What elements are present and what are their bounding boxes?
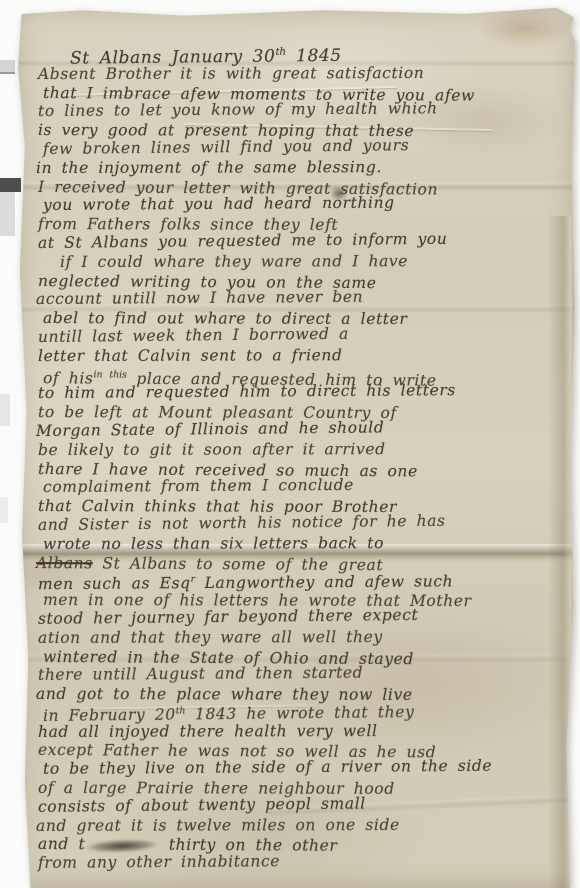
letter-line: at St Albans you requested me to inform …: [38, 229, 554, 253]
letter-line: St Albans January 30th 1845: [70, 41, 554, 65]
letter-line-segment: in this: [93, 369, 126, 380]
letter-line-segment: Langworthey and afew such: [195, 573, 453, 593]
letter-line-segment: account untill now I have never ben: [36, 288, 363, 308]
letter-line-segment: ation and that they ware all well they: [38, 628, 383, 647]
letter-line: there untill August and then started: [38, 663, 554, 685]
letter-line: letter that Calvin sent to a friend: [38, 345, 554, 365]
letter-paper: St Albans January 30th 1845Absent Brothe…: [16, 6, 576, 888]
letter-line: be likely to git it soon after it arrive…: [38, 439, 554, 459]
letter-line: complaiment from them I conclude: [43, 475, 554, 497]
letter-text-block: St Albans January 30th 1845Absent Brothe…: [38, 46, 554, 873]
letter-line: account untill now I have never ben: [36, 287, 554, 309]
letter-line-segment: consists of about twenty peopl small: [38, 794, 366, 815]
letter-line: wrote no less than six letters back to: [43, 533, 554, 553]
letter-line-segment: be likely to git it soon after it arrive…: [38, 440, 386, 459]
letter-paper-wrap: St Albans January 30th 1845Absent Brothe…: [0, 0, 580, 888]
letter-line: if I could whare they ware and I have: [60, 251, 554, 271]
letter-line-segment: letter that Calvin sent to a friend: [38, 346, 343, 365]
letter-line-segment: 1843 he wrote that they: [185, 703, 414, 723]
letter-line: to him and requested him to direct his l…: [38, 381, 554, 403]
letter-line-segment: Absent Brother it is with great satisfac…: [38, 64, 424, 83]
letter-line-segment: and Sister is not worth his notice for h…: [38, 512, 446, 534]
letter-line: ation and that they ware all well they: [38, 627, 554, 647]
letter-line-segment: wrote no less than six letters back to: [43, 534, 384, 553]
letter-line-segment: from any other inhabitance: [38, 853, 280, 873]
letter-line-segment: Morgan State of Illinois and he should: [36, 418, 385, 440]
letter-line: men such as Esqr Langworthey and afew su…: [38, 569, 554, 591]
letter-line-segment: th: [275, 47, 286, 58]
letter-line-segment: to lines to let you know of my health wh…: [38, 100, 438, 121]
scan-background: St Albans January 30th 1845Absent Brothe…: [0, 0, 580, 888]
letter-line: you wrote that you had heard northing: [43, 193, 554, 215]
letter-line-segment: in the injoyment of the same blessing.: [36, 158, 382, 177]
letter-line-segment: few broken lines will find you and yours: [43, 136, 409, 158]
letter-line-segment: and t: [38, 835, 85, 853]
letter-line-segment: complaiment from them I conclude: [43, 476, 354, 496]
letter-line-segment: there untill August and then started: [38, 664, 363, 684]
letter-line-segment: stood her journey far beyond there expec…: [38, 606, 418, 628]
letter-line-segment: and great it is twelve miles on one side: [36, 816, 400, 835]
letter-line-segment: you wrote that you had heard northing: [43, 194, 395, 214]
ink-blot: [85, 838, 160, 854]
letter-line: from any other inhabitance: [38, 851, 554, 873]
letter-line-segment: untill last week then I borrowed a: [38, 325, 349, 346]
letter-line: few broken lines will find you and yours: [43, 135, 554, 159]
letter-line-segment: had all injoyed there health very well: [38, 722, 378, 741]
letter-line: Absent Brother it is with great satisfac…: [38, 63, 554, 83]
letter-line: to be they live on the side of a river o…: [43, 757, 554, 779]
letter-line-segment: to him and requested him to direct his l…: [38, 381, 456, 402]
letter-line: and great it is twelve miles on one side: [36, 815, 554, 835]
letter-line-segment: to be they live on the side of a river o…: [43, 757, 492, 778]
letter-line-segment: if I could whare they ware and I have: [60, 252, 408, 271]
letter-line-segment: Albans: [36, 554, 93, 572]
letter-line-segment: at St Albans you requested me to inform …: [38, 230, 448, 252]
letter-line: to lines to let you know of my health wh…: [38, 99, 554, 121]
letter-line: in the injoyment of the same blessing.: [36, 157, 554, 177]
letter-line: had all injoyed there health very well: [38, 721, 554, 741]
